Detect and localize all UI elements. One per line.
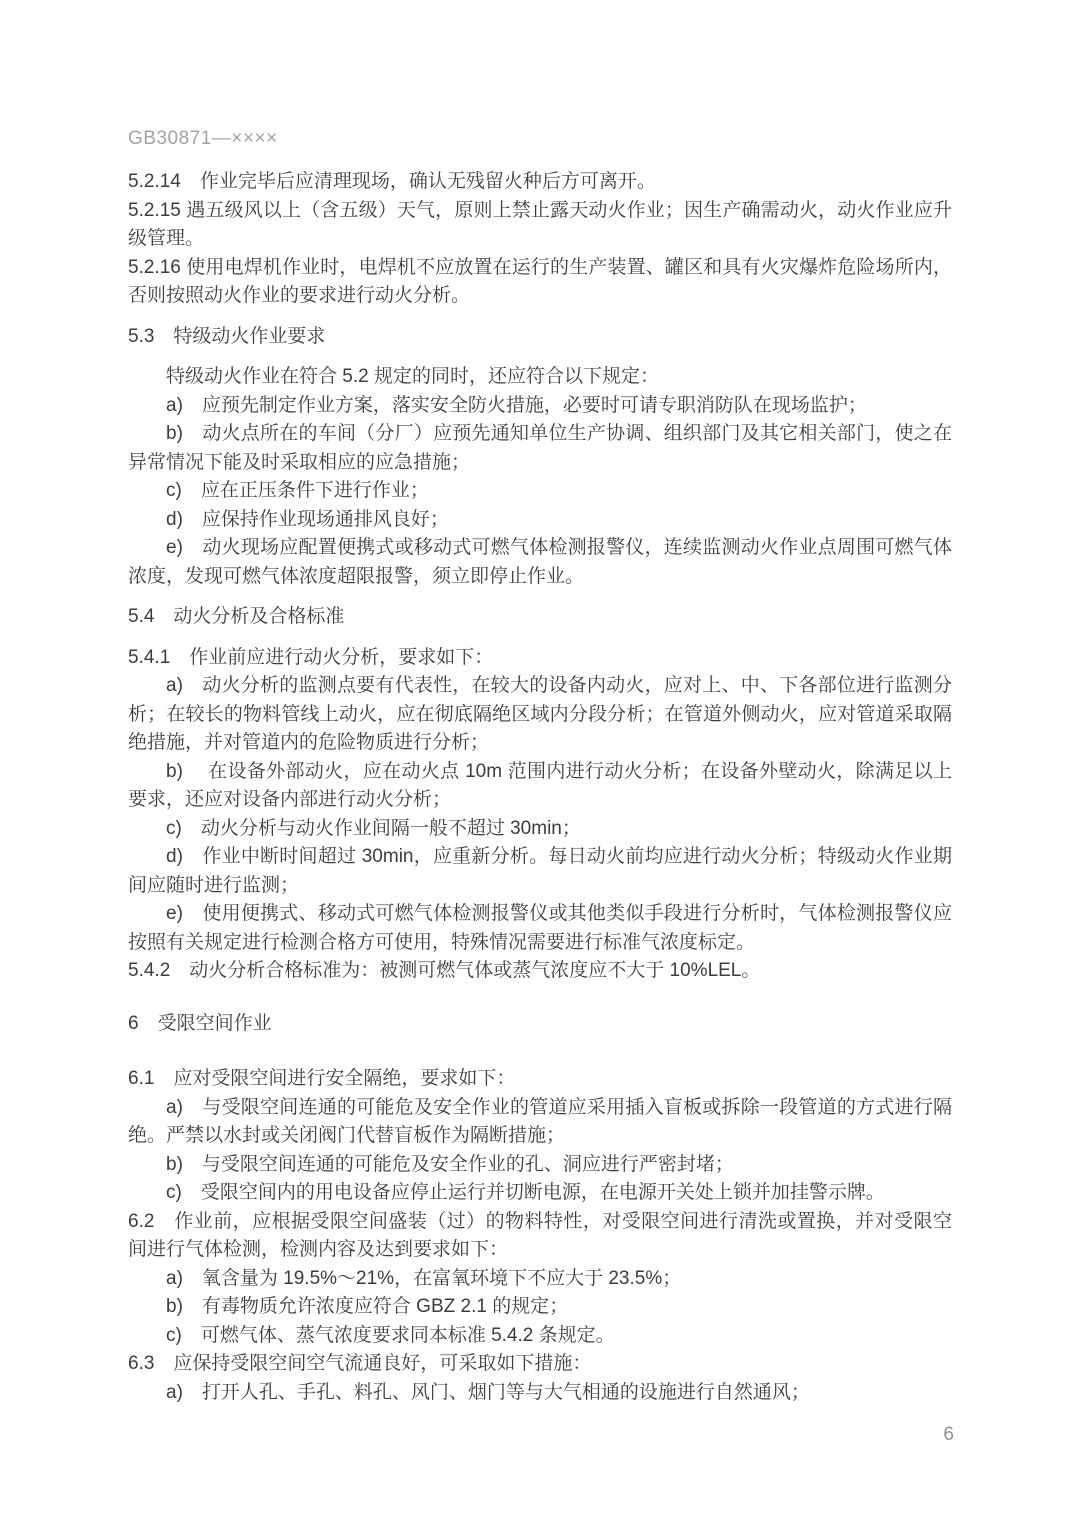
- paragraph: d) 应保持作业现场通排风良好；: [128, 506, 952, 535]
- page-number: 6: [943, 1424, 954, 1446]
- paragraph: 5.4.1 作业前应进行动火分析，要求如下：: [128, 644, 952, 673]
- document-body: 5.2.14 作业完毕后应清理现场，确认无残留火种后方可离开。5.2.15 遇五…: [128, 168, 952, 1407]
- paragraph: b) 在设备外部动火，应在动火点 10m 范围内进行动火分析；在设备外壁动火，除…: [128, 758, 952, 815]
- paragraph: c) 应在正压条件下进行作业；: [128, 477, 952, 506]
- paragraph: e) 使用便携式、移动式可燃气体检测报警仪或其他类似手段进行分析时，气体检测报警…: [128, 900, 952, 957]
- paragraph: 5.2.16 使用电焊机作业时，电焊机不应放置在运行的生产装置、罐区和具有火灾爆…: [128, 254, 952, 311]
- paragraph: e) 动火现场应配置便携式或移动式可燃气体检测报警仪，连续监测动火作业点周围可燃…: [128, 534, 952, 591]
- paragraph: 5.2.14 作业完毕后应清理现场，确认无残留火种后方可离开。: [128, 168, 952, 197]
- paragraph: c) 可燃气体、蒸气浓度要求同本标准 5.4.2 条规定。: [128, 1322, 952, 1351]
- running-header: GB30871—××××: [128, 128, 952, 150]
- paragraph: a) 动火分析的监测点要有代表性，在较大的设备内动火，应对上、中、下各部位进行监…: [128, 672, 952, 758]
- paragraph: a) 打开人孔、手孔、料孔、风门、烟门等与大气相通的设施进行自然通风；: [128, 1379, 952, 1408]
- paragraph: 5.2.15 遇五级风以上（含五级）天气，原则上禁止露天动火作业；因生产确需动火…: [128, 197, 952, 254]
- paragraph: 特级动火作业在符合 5.2 规定的同时，还应符合以下规定：: [128, 363, 952, 392]
- paragraph: c) 动火分析与动火作业间隔一般不超过 30min；: [128, 815, 952, 844]
- paragraph: 6.1 应对受限空间进行安全隔绝，要求如下：: [128, 1065, 952, 1094]
- paragraph: 5.4.2 动火分析合格标准为：被测可燃气体或蒸气浓度应不大于 10%LEL。: [128, 957, 952, 986]
- section-heading: 5.4 动火分析及合格标准: [128, 603, 952, 632]
- document-page: GB30871—×××× 5.2.14 作业完毕后应清理现场，确认无残留火种后方…: [0, 0, 1080, 1527]
- paragraph: b) 动火点所在的车间（分厂）应预先通知单位生产协调、组织部门及其它相关部门，使…: [128, 420, 952, 477]
- paragraph: d) 作业中断时间超过 30min，应重新分析。每日动火前均应进行动火分析；特级…: [128, 843, 952, 900]
- paragraph: c) 受限空间内的用电设备应停止运行并切断电源，在电源开关处上锁并加挂警示牌。: [128, 1179, 952, 1208]
- section-heading: 5.3 特级动火作业要求: [128, 323, 952, 352]
- paragraph: b) 有毒物质允许浓度应符合 GBZ 2.1 的规定；: [128, 1293, 952, 1322]
- paragraph: a) 应预先制定作业方案，落实安全防火措施，必要时可请专职消防队在现场监护；: [128, 392, 952, 421]
- paragraph: a) 与受限空间连通的可能危及安全作业的管道应采用插入盲板或拆除一段管道的方式进…: [128, 1094, 952, 1151]
- paragraph: 6.2 作业前，应根据受限空间盛装（过）的物料特性，对受限空间进行清洗或置换，并…: [128, 1208, 952, 1265]
- paragraph: a) 氧含量为 19.5%～21%，在富氧环境下不应大于 23.5%；: [128, 1265, 952, 1294]
- paragraph: b) 与受限空间连通的可能危及安全作业的孔、洞应进行严密封堵；: [128, 1151, 952, 1180]
- chapter-heading: 6 受限空间作业: [128, 1010, 952, 1039]
- paragraph: 6.3 应保持受限空间空气流通良好，可采取如下措施：: [128, 1350, 952, 1379]
